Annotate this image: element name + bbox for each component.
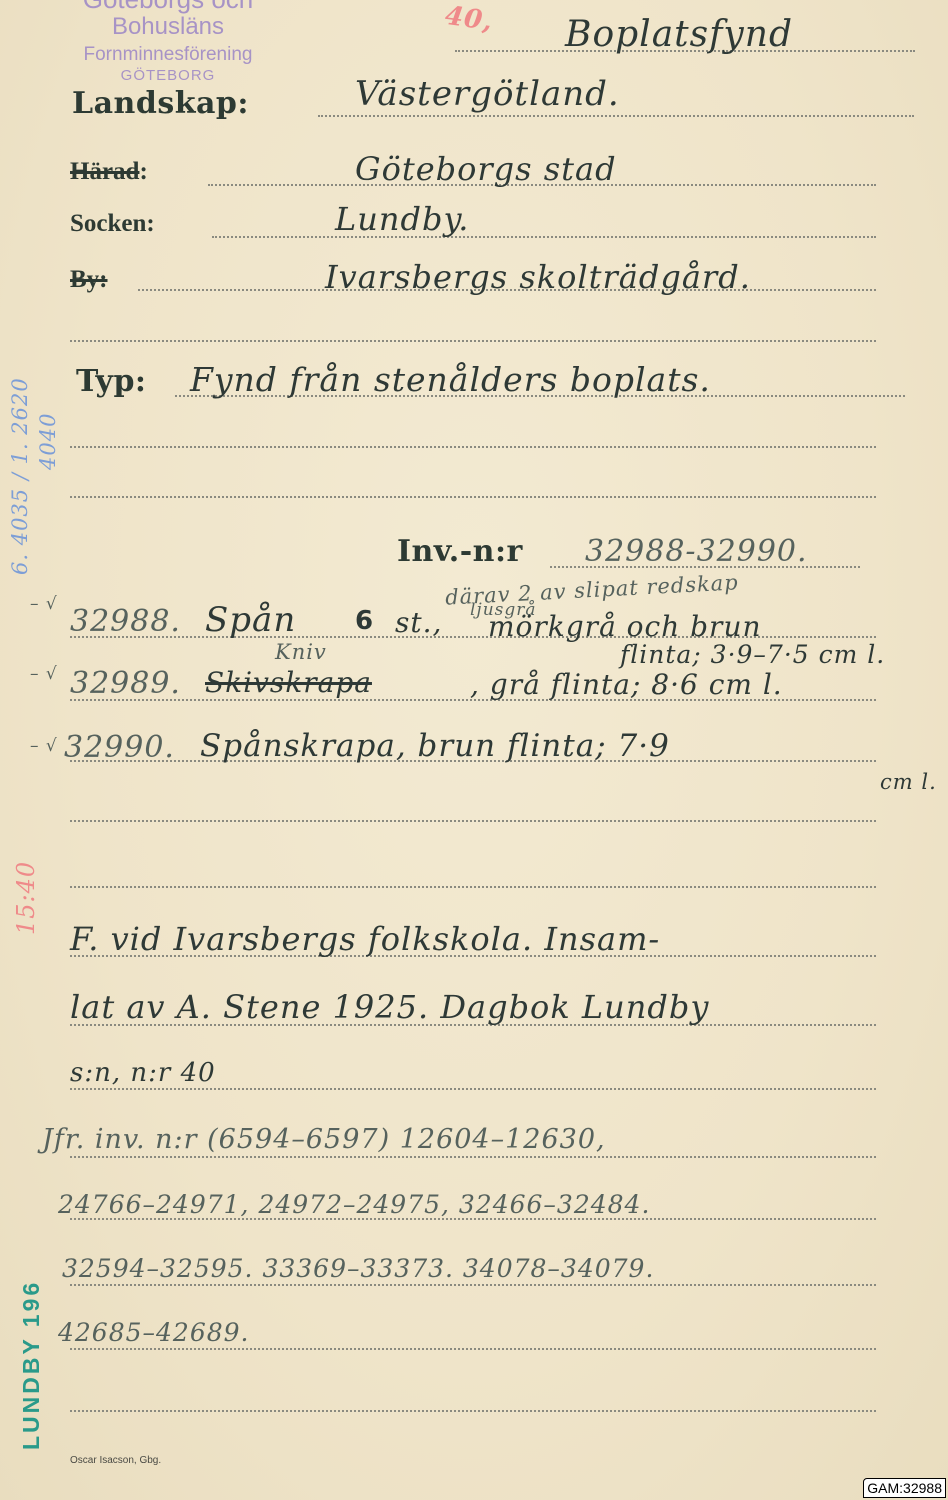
item-1-count: 6: [355, 606, 373, 636]
landskap-label: Landskap:: [72, 86, 249, 121]
blank-dotted-line-5: [70, 886, 876, 888]
landskap-dotted-line: [318, 115, 914, 117]
socken-label: Socken:: [70, 210, 155, 238]
ref-1-dotted-line: [70, 1156, 876, 1158]
blank-dotted-line-6: [70, 1410, 876, 1412]
typ-label: Typ:: [76, 364, 147, 399]
reference-line-4: 42685–42689.: [58, 1318, 250, 1347]
socken-dotted-line: [212, 236, 876, 238]
margin-teal-stamp: LUNDBY 196: [18, 1280, 45, 1450]
inventory-label: Inv.-n:r: [397, 534, 523, 569]
harad-value: Göteborgs stad: [355, 150, 617, 188]
item-3-check-mark: – √: [30, 736, 58, 756]
item-2-struck-word: Skivskrapa: [205, 666, 372, 699]
item-1-text-c: mörkgrå och brun: [488, 610, 762, 643]
note-line-3: s:n, n:r 40: [70, 1058, 216, 1088]
by-value: Ivarsbergs skolträdgård.: [325, 258, 751, 296]
blank-dotted-line-1: [70, 340, 876, 342]
institution-stamp: Göteborgs och Bohusläns Fornminnesföreni…: [48, 0, 288, 84]
item-2-number: 32989.: [70, 666, 181, 701]
item-2-insert: Kniv: [275, 640, 327, 664]
item-2-check-mark: – √: [30, 664, 58, 684]
blank-dotted-line-4: [70, 820, 876, 822]
note-3-dotted-line: [70, 1088, 876, 1090]
item-1-number: 32988.: [70, 604, 181, 639]
reference-line-2: 24766–24971, 24972–24975, 32466–32484.: [58, 1190, 650, 1219]
item-1-text-a: Spån: [205, 600, 296, 640]
reference-line-1: Jfr. inv. n:r (6594–6597) 12604–12630,: [42, 1124, 606, 1155]
margin-red-note: 15:40: [12, 861, 40, 935]
stamp-line-1: Göteborgs och: [48, 0, 288, 12]
typ-value: Fynd från stenålders boplats.: [190, 360, 711, 399]
stamp-line-2: Bohusläns: [48, 12, 288, 42]
ref-4-dotted-line: [70, 1348, 876, 1350]
category-value: Boplatsfynd: [565, 14, 793, 55]
blank-dotted-line-3: [70, 496, 876, 498]
printer-imprint: Oscar Isacson, Gbg.: [70, 1455, 161, 1466]
margin-blue-note-b: 4040: [36, 413, 60, 470]
stamp-line-4: GÖTEBORG: [48, 68, 288, 84]
item-3-text: Spånskrapa, brun flinta; 7·9: [200, 728, 670, 764]
item-3-text-tail: cm l.: [880, 770, 937, 794]
inventory-range: 32988-32990.: [585, 534, 808, 569]
red-number: 40,: [443, 1, 495, 37]
note-line-2: lat av A. Stene 1925. Dagbok Lundby: [70, 988, 709, 1026]
harad-label-colon: :: [139, 158, 147, 185]
by-label: By:: [70, 266, 108, 294]
socken-value: Lundby.: [335, 200, 469, 238]
catalog-id-label: GAM:32988: [863, 1478, 946, 1498]
stamp-line-3: Fornminnesförening: [48, 42, 288, 68]
margin-blue-note: 6. 4035 / 1. 2620: [8, 377, 32, 575]
note-line-1: F. vid Ivarsbergs folkskola. Insam-: [70, 920, 660, 958]
item-1-check-mark: – √: [30, 594, 58, 614]
landskap-value: Västergötland.: [355, 74, 620, 114]
harad-label: Härad: [70, 158, 139, 185]
blank-dotted-line-2: [70, 446, 876, 448]
harad-label-group: Härad:: [70, 158, 148, 186]
reference-line-3: 32594–32595. 33369–33373. 34078–34079.: [62, 1254, 654, 1283]
item-3-number: 32990.: [64, 730, 175, 765]
ref-3-dotted-line: [70, 1284, 876, 1286]
item-1-text-b: st.,: [395, 606, 442, 639]
item-2-text: , grå flinta; 8·6 cm l.: [470, 668, 783, 701]
item-1-text-d: flinta; 3·9–7·5 cm l.: [620, 640, 885, 669]
